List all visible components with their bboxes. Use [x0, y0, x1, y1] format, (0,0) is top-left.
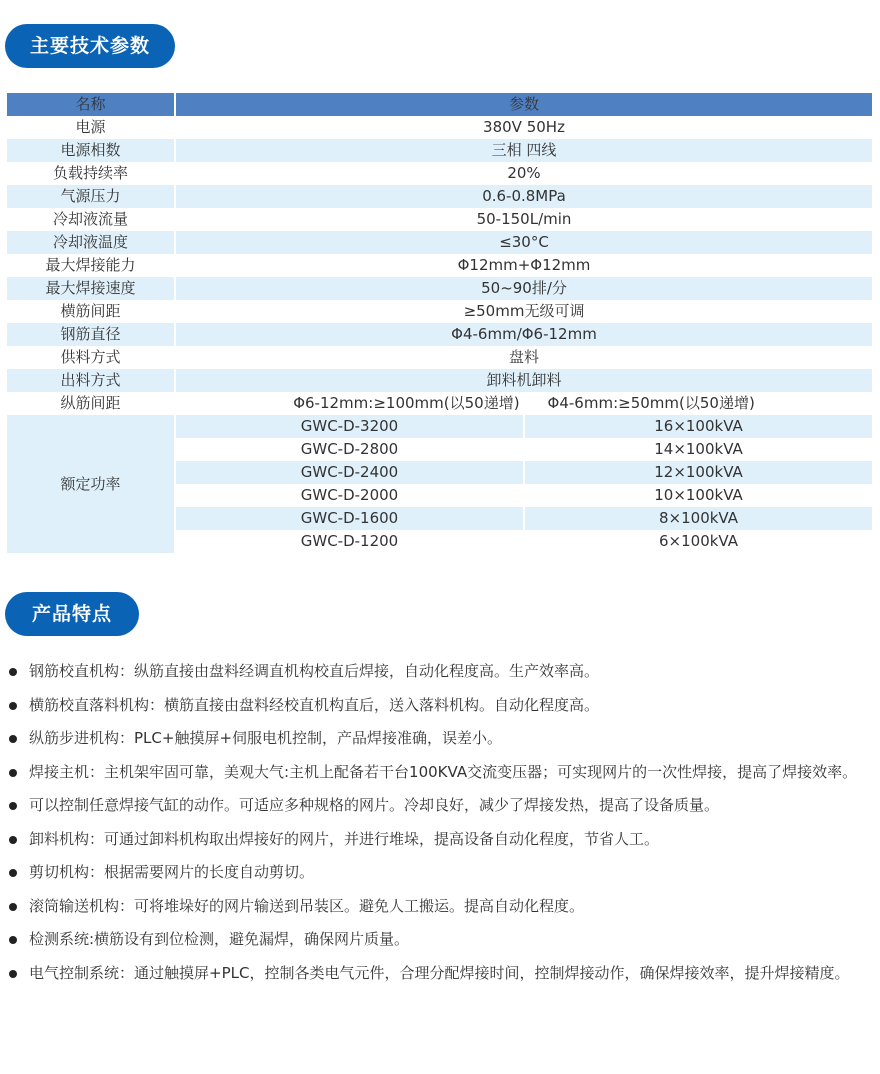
table-row: 气源压力 0.6-0.8MPa	[7, 185, 872, 208]
table-row: 最大焊接能力 Φ12mm+Φ12mm	[7, 254, 872, 277]
features-section-title: 产品特点	[5, 592, 139, 636]
list-item: 焊接主机：主机架牢固可靠，美观大气:主机上配备若干台100KVA交流变压器；可实…	[9, 756, 871, 790]
table-row: 负载持续率 20%	[7, 162, 872, 185]
feature-text: 滚筒输送机构：可将堆垛好的网片输送到吊装区。避免人工搬运。提高自动化程度。	[29, 897, 584, 915]
spec-value: 380V 50Hz	[174, 116, 872, 139]
feature-text: 横筋校直落料机构：横筋直接由盘料经校直机构直后，送入落料机构。自动化程度高。	[29, 696, 599, 714]
feature-text: 卸料机构：可通过卸料机构取出焊接好的网片，并进行堆垛，提高设备自动化程度，节省人…	[29, 830, 659, 848]
spec-name: 供料方式	[7, 346, 174, 369]
feature-text: 钢筋校直机构：纵筋直接由盘料经调直机构校直后焊接，自动化程度高。生产效率高。	[29, 662, 599, 680]
spec-value: Φ12mm+Φ12mm	[174, 254, 872, 277]
bullet-icon	[9, 802, 17, 810]
spec-value: 三相 四线	[174, 139, 872, 162]
bullet-icon	[9, 735, 17, 743]
model-name: GWC-D-1600	[174, 507, 523, 530]
table-row: 冷却液温度 ≤30°C	[7, 231, 872, 254]
list-item: 电气控制系统：通过触摸屏+PLC，控制各类电气元件，合理分配焊接时间，控制焊接动…	[9, 957, 871, 991]
list-item: 横筋校直落料机构：横筋直接由盘料经校直机构直后，送入落料机构。自动化程度高。	[9, 689, 871, 723]
spec-name: 出料方式	[7, 369, 174, 392]
table-row: 钢筋直径 Φ4-6mm/Φ6-12mm	[7, 323, 872, 346]
model-power: 12×100kVA	[523, 461, 872, 484]
spacing-value-small: Φ4-6mm:≥50mm(以50递增)	[548, 392, 755, 415]
spec-name: 横筋间距	[7, 300, 174, 323]
spec-value: ≤30°C	[174, 231, 872, 254]
spec-name: 冷却液流量	[7, 208, 174, 231]
model-power: 14×100kVA	[523, 438, 872, 461]
header-name: 名称	[7, 93, 174, 116]
list-item: 钢筋校直机构：纵筋直接由盘料经调直机构校直后焊接，自动化程度高。生产效率高。	[9, 655, 871, 689]
model-name: GWC-D-2800	[174, 438, 523, 461]
table-row: 横筋间距 ≥50mm无级可调	[7, 300, 872, 323]
spec-value: 0.6-0.8MPa	[174, 185, 872, 208]
spec-value: Φ4-6mm/Φ6-12mm	[174, 323, 872, 346]
spec-value: 20%	[174, 162, 872, 185]
table-row: 冷却液流量 50-150L/min	[7, 208, 872, 231]
feature-text: 焊接主机：主机架牢固可靠，美观大气:主机上配备若干台100KVA交流变压器；可实…	[29, 763, 857, 781]
table-row: 供料方式 盘料	[7, 346, 872, 369]
spacing-value-large: Φ6-12mm:≥100mm(以50递增)	[293, 392, 519, 415]
feature-text: 可以控制任意焊接气缸的动作。可适应多种规格的网片。冷却良好，减少了焊接发热，提高…	[29, 796, 719, 814]
features-list: 钢筋校直机构：纵筋直接由盘料经调直机构校直后焊接，自动化程度高。生产效率高。 横…	[9, 655, 871, 990]
table-header-row: 名称 参数	[7, 93, 872, 116]
list-item: 纵筋步进机构：PLC+触摸屏+伺服电机控制，产品焊接准确，误差小。	[9, 722, 871, 756]
spec-name: 电源相数	[7, 139, 174, 162]
model-power: 6×100kVA	[523, 530, 872, 553]
bullet-icon	[9, 668, 17, 676]
spec-name: 最大焊接速度	[7, 277, 174, 300]
feature-text: 剪切机构：根据需要网片的长度自动剪切。	[29, 863, 314, 881]
list-item: 检测系统:横筋设有到位检测，避免漏焊，确保网片质量。	[9, 923, 871, 957]
bullet-icon	[9, 970, 17, 978]
table-row: 电源 380V 50Hz	[7, 116, 872, 139]
bullet-icon	[9, 769, 17, 777]
spec-value: 卸料机卸料	[174, 369, 872, 392]
table-row: 最大焊接速度 50~90排/分	[7, 277, 872, 300]
specs-section-title: 主要技术参数	[5, 24, 175, 68]
bullet-icon	[9, 903, 17, 911]
spec-value: 盘料	[174, 346, 872, 369]
spec-value: Φ6-12mm:≥100mm(以50递增) Φ4-6mm:≥50mm(以50递增…	[174, 392, 872, 415]
spec-name: 负载持续率	[7, 162, 174, 185]
spec-name: 电源	[7, 116, 174, 139]
rated-power-label: 额定功率	[7, 415, 174, 553]
model-name: GWC-D-3200	[174, 415, 523, 438]
table-row: 出料方式 卸料机卸料	[7, 369, 872, 392]
feature-text: 电气控制系统：通过触摸屏+PLC，控制各类电气元件，合理分配焊接时间，控制焊接动…	[29, 964, 849, 982]
spec-name: 气源压力	[7, 185, 174, 208]
bullet-icon	[9, 836, 17, 844]
spec-value: 50~90排/分	[174, 277, 872, 300]
model-name: GWC-D-1200	[174, 530, 523, 553]
model-power: 8×100kVA	[523, 507, 872, 530]
feature-text: 纵筋步进机构：PLC+触摸屏+伺服电机控制，产品焊接准确，误差小。	[29, 729, 502, 747]
table-row: 电源相数 三相 四线	[7, 139, 872, 162]
list-item: 滚筒输送机构：可将堆垛好的网片输送到吊装区。避免人工搬运。提高自动化程度。	[9, 890, 871, 924]
bullet-icon	[9, 869, 17, 877]
model-name: GWC-D-2000	[174, 484, 523, 507]
spec-value: 50-150L/min	[174, 208, 872, 231]
power-row: 额定功率 GWC-D-3200 16×100kVA	[7, 415, 872, 438]
spec-name: 冷却液温度	[7, 231, 174, 254]
spec-name: 纵筋间距	[7, 392, 174, 415]
model-name: GWC-D-2400	[174, 461, 523, 484]
model-power: 16×100kVA	[523, 415, 872, 438]
feature-text: 检测系统:横筋设有到位检测，避免漏焊，确保网片质量。	[29, 930, 409, 948]
bullet-icon	[9, 936, 17, 944]
spec-name: 钢筋直径	[7, 323, 174, 346]
list-item: 剪切机构：根据需要网片的长度自动剪切。	[9, 856, 871, 890]
longitudinal-spacing-row: 纵筋间距 Φ6-12mm:≥100mm(以50递增) Φ4-6mm:≥50mm(…	[7, 392, 872, 415]
bullet-icon	[9, 702, 17, 710]
spec-value: ≥50mm无级可调	[174, 300, 872, 323]
list-item: 卸料机构：可通过卸料机构取出焊接好的网片，并进行堆垛，提高设备自动化程度，节省人…	[9, 823, 871, 857]
header-value: 参数	[174, 93, 872, 116]
list-item: 可以控制任意焊接气缸的动作。可适应多种规格的网片。冷却良好，减少了焊接发热，提高…	[9, 789, 871, 823]
spec-table: 名称 参数 电源 380V 50Hz 电源相数 三相 四线 负载持续率 20% …	[7, 93, 872, 553]
model-power: 10×100kVA	[523, 484, 872, 507]
spec-name: 最大焊接能力	[7, 254, 174, 277]
